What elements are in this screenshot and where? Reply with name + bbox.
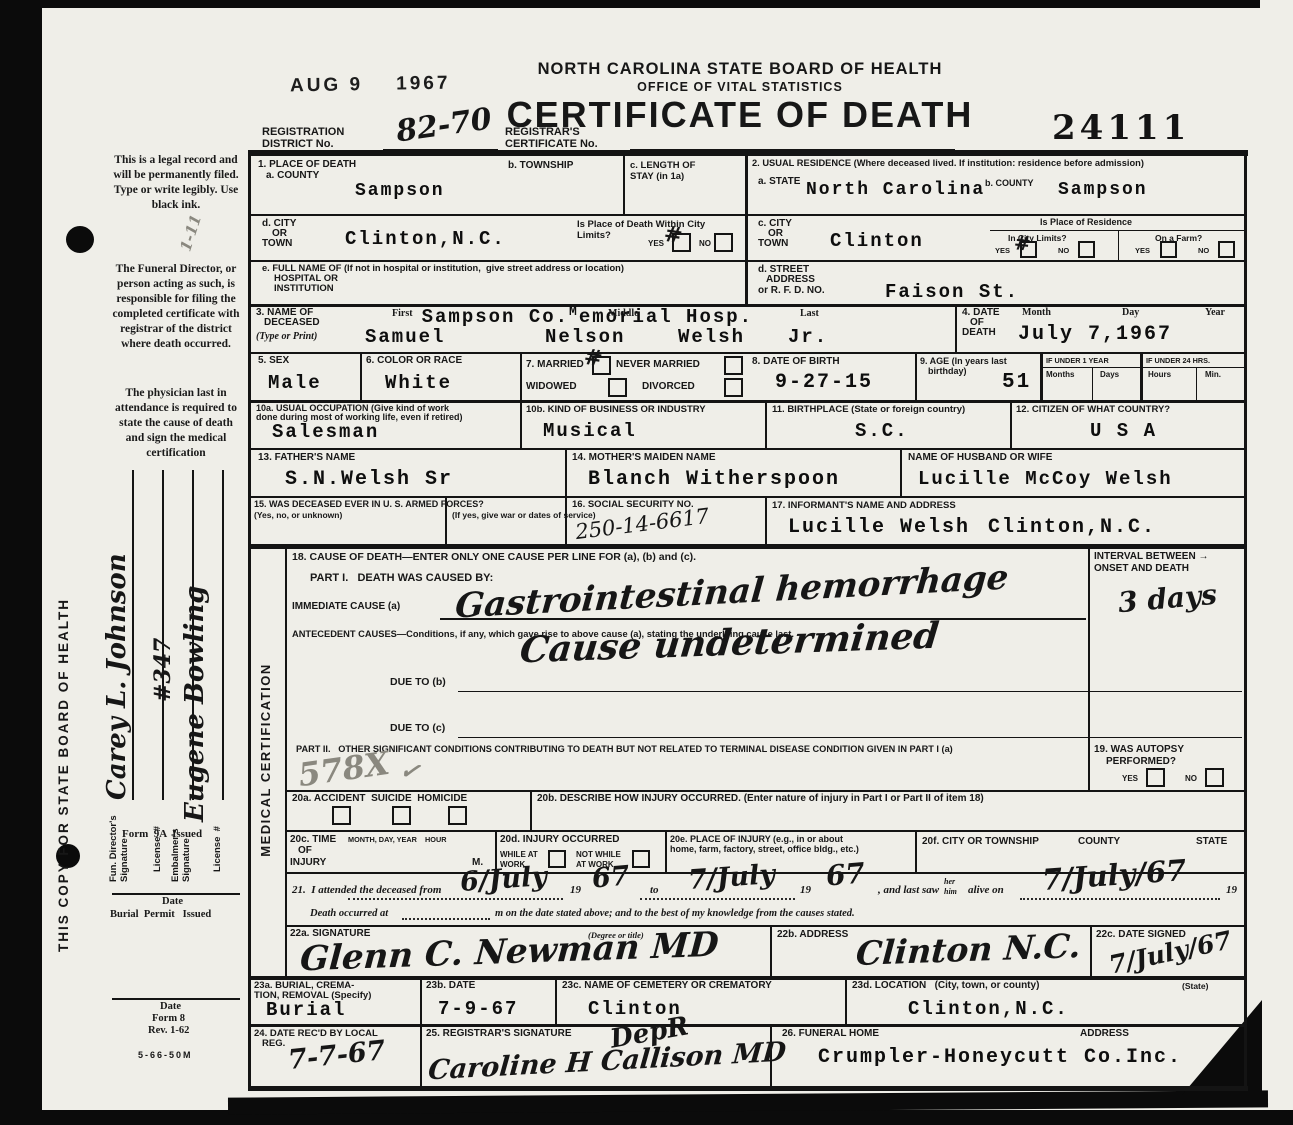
- license-number-label: License #: [212, 802, 223, 872]
- rule-line: [112, 998, 240, 1000]
- rule-line: [250, 496, 1245, 498]
- widowed-checkbox: [608, 378, 627, 397]
- residence-county-label: b. COUNTY: [985, 178, 1034, 188]
- cause-of-death-label: 18. CAUSE OF DEATH—ENTER ONLY ONE CAUSE …: [292, 551, 696, 563]
- rule-line: [420, 1024, 422, 1086]
- married-label: 7. MARRIED: [526, 359, 584, 370]
- office-heading: OFFICE OF VITAL STATISTICS: [460, 80, 1020, 94]
- street-address-label2: ADDRESS: [766, 274, 815, 285]
- place-of-injury-label: 20e. PLACE OF INJURY (e.g., in or about: [670, 834, 843, 844]
- first-name-value: Samuel: [365, 326, 445, 348]
- armed-forces-sub2: (If yes, give war or dates of service): [452, 510, 596, 520]
- day-label: Day: [1122, 307, 1139, 318]
- date-of-birth-label: 8. DATE OF BIRTH: [752, 356, 840, 367]
- usual-residence-label: 2. USUAL RESIDENCE (Where deceased lived…: [752, 158, 1144, 168]
- rule-line: [250, 448, 1245, 450]
- no-label: NO: [1198, 246, 1209, 255]
- hospital-name-label: e. FULL NAME OF (If not in hospital or i…: [262, 263, 624, 273]
- no-label: NO: [699, 239, 711, 248]
- state-value: North Carolina: [806, 180, 985, 200]
- rule-line: [900, 448, 902, 496]
- registrar-certificate-label: REGISTRAR'S: [505, 126, 580, 138]
- rule-line: [1040, 367, 1140, 368]
- rule-line: [915, 352, 917, 400]
- rule-line: [530, 790, 532, 830]
- months-label: Months: [1046, 370, 1074, 379]
- rule-line: [112, 893, 240, 895]
- age-value: 51: [1002, 371, 1031, 394]
- married-mark: #: [582, 344, 604, 372]
- received-date-stamp: AUG 9 1967: [290, 73, 451, 98]
- burial-location-label: 23d. LOCATION (City, town, or county): [852, 980, 1039, 991]
- part1-label: PART I. DEATH WAS CAUSED BY:: [310, 572, 493, 584]
- funeral-home-value: Crumpler-Honeycutt Co.Inc.: [818, 1046, 1182, 1069]
- injury-state-label: STATE: [1196, 836, 1227, 847]
- signature-address-label: 22b. ADDRESS: [777, 929, 848, 940]
- business-value: Musical: [543, 420, 637, 442]
- form-border: [248, 1086, 1248, 1091]
- printed-19c: 19: [1226, 884, 1237, 896]
- date-of-death-label3: DEATH: [962, 327, 996, 338]
- residence-city-value: Clinton: [830, 230, 924, 252]
- her-label: her: [944, 877, 955, 886]
- residence-farm-yes-checkbox: [1160, 241, 1177, 258]
- from-year-handwriting: 67: [591, 860, 631, 894]
- rule-line: [458, 691, 1242, 692]
- rule-line: [765, 400, 767, 448]
- rule-line: [520, 400, 522, 448]
- state-label: a. STATE: [758, 176, 800, 187]
- rule-line: [520, 352, 522, 400]
- rule-line: [285, 549, 287, 976]
- form-border: [1244, 150, 1247, 1090]
- time-of-injury-label3: INJURY: [290, 857, 326, 868]
- burial-date-value: 7-9-67: [438, 998, 518, 1020]
- hospital-name-label3: INSTITUTION: [274, 283, 334, 294]
- scan-edge-top: [0, 0, 1260, 8]
- rule-line: [1088, 549, 1090, 790]
- widowed-label: WIDOWED: [526, 381, 577, 392]
- margin-pencil-note: 1-11: [176, 212, 205, 253]
- rule-line: [402, 918, 490, 920]
- hospital-value-pre: Sampson Co.: [422, 306, 569, 328]
- rule-line: [285, 925, 1245, 927]
- rule-line: [665, 830, 667, 872]
- rule-line: [1010, 400, 1012, 448]
- informant-label: 17. INFORMANT'S NAME AND ADDRESS: [772, 500, 956, 511]
- length-of-stay-label: c. LENGTH OF: [630, 160, 695, 171]
- printed-19a: 19: [570, 884, 581, 896]
- hospital-value-post: emorial Hosp.: [579, 306, 753, 328]
- death-city-limits-question: Is Place of Death Within City: [577, 219, 705, 230]
- last-saw-text: , and last saw: [878, 884, 939, 896]
- rule-line: [770, 925, 772, 976]
- death-in-city-yes-mark: #: [662, 221, 684, 249]
- interval-label2: ONSET AND DEATH: [1094, 563, 1189, 574]
- rule-line: [440, 618, 1086, 620]
- while-at-work-label: WHILE AT: [500, 850, 538, 859]
- business-label: 10b. KIND OF BUSINESS OR INDUSTRY: [526, 404, 706, 415]
- scan-triangle-corner: [1182, 1000, 1262, 1095]
- citizen-value: U S A: [1090, 420, 1157, 442]
- death-in-city-no-checkbox: [714, 233, 733, 252]
- age-label2: birthday): [928, 366, 967, 376]
- due-to-c-label: DUE TO (c): [390, 722, 445, 734]
- him-label: him: [944, 887, 957, 896]
- form-border: [248, 150, 251, 1090]
- autopsy-no-checkbox: [1205, 768, 1224, 787]
- attended-from-handwriting: 6/July: [459, 861, 548, 898]
- to-word: to: [650, 884, 659, 896]
- printed-19b: 19: [800, 884, 811, 896]
- type-or-print-label: (Type or Print): [256, 331, 317, 342]
- registration-district-handwriting: 82-70: [394, 101, 494, 149]
- registration-district-label2: DISTRICT No.: [262, 138, 334, 150]
- divorced-checkbox: [724, 378, 743, 397]
- accident-checkbox: [332, 806, 351, 825]
- burial-value: Burial: [266, 999, 346, 1021]
- autopsy-label2: PERFORMED?: [1106, 756, 1176, 767]
- accident-suicide-homicide-label: 20a. ACCIDENT SUICIDE HOMICIDE: [292, 793, 467, 804]
- immediate-cause-label: IMMEDIATE CAUSE (a): [292, 601, 400, 612]
- copy-for-state-board-caption: THIS COPY FOR STATE BOARD OF HEALTH: [56, 377, 71, 952]
- rule-line: [348, 898, 563, 900]
- burial-date-label: 23b. DATE: [426, 980, 475, 991]
- length-of-stay-label2: STAY (in 1a): [630, 171, 684, 182]
- race-label: 6. COLOR OR RACE: [366, 355, 462, 366]
- time-of-injury-label: 20c. TIME: [290, 834, 336, 845]
- time-of-injury-sub: MONTH, DAY, YEAR HOUR: [348, 835, 447, 844]
- last-name-label: Last: [800, 308, 819, 319]
- month-label: Month: [1022, 307, 1051, 318]
- yes-label: YES: [1122, 774, 1138, 783]
- rule-line: [623, 156, 625, 214]
- form-9a-label: Form 9A Issued: [122, 828, 202, 840]
- form-border: [248, 150, 1248, 156]
- death-certificate-scan: THIS COPY FOR STATE BOARD OF HEALTH This…: [0, 0, 1293, 1125]
- township-label: b. TOWNSHIP: [508, 160, 573, 171]
- city-value: Clinton,N.C.: [345, 228, 506, 250]
- antecedent-handwriting: Cause undetermined: [518, 615, 941, 672]
- rule-line: [1090, 925, 1092, 976]
- margin-note-physician: The physician last in attendance is requ…: [110, 386, 242, 461]
- rule-line: [765, 496, 767, 544]
- rule-line: [915, 830, 917, 872]
- revision-label: Rev. 1-62: [148, 1025, 189, 1036]
- rule-line: [285, 830, 1245, 832]
- death-city-limits-question2: Limits?: [577, 230, 611, 241]
- date-label: Date: [162, 896, 183, 907]
- residence-city-label3: TOWN: [758, 238, 788, 249]
- injury-occurred-label: 20d. INJURY OCCURRED: [500, 834, 619, 845]
- if-under-1-year-label: IF UNDER 1 YEAR: [1046, 356, 1109, 365]
- never-married-checkbox: [724, 356, 743, 375]
- certificate-number: 24111: [1052, 108, 1190, 148]
- embalmer-signature-handwriting: Eugene Bowling: [180, 452, 210, 822]
- board-of-health-heading: NORTH CAROLINA STATE BOARD OF HEALTH: [460, 60, 1020, 79]
- autopsy-label: 19. WAS AUTOPSY: [1094, 744, 1184, 755]
- residence-question: Is Place of Residence: [1040, 217, 1132, 227]
- mothers-maiden-name-value: Blanch Witherspoon: [588, 468, 840, 491]
- residence-in-city-yes-mark: #: [1013, 230, 1032, 256]
- rule-line: [1092, 367, 1093, 400]
- death-occurred-text: Death occurred at: [310, 908, 388, 919]
- armed-forces-label: 15. WAS DECEASED EVER IN U. S. ARMED FOR…: [254, 499, 484, 509]
- registration-district-label: REGISTRATION: [262, 126, 344, 138]
- rule-line: [1020, 898, 1220, 900]
- not-while-at-work-label: NOT WHILE: [576, 850, 621, 859]
- citizen-label: 12. CITIZEN OF WHAT COUNTRY?: [1016, 404, 1170, 415]
- last-alive-handwriting: 7/July/67: [1041, 853, 1187, 897]
- days-label: Days: [1100, 370, 1119, 379]
- signature-rule: [132, 470, 134, 800]
- time-of-injury-label2: OF: [298, 845, 312, 856]
- rule-line: [955, 304, 957, 352]
- form-8-label: Form 8: [152, 1013, 185, 1024]
- min-label: Min.: [1205, 370, 1221, 379]
- birthplace-label: 11. BIRTHPLACE (State or foreign country…: [772, 404, 965, 415]
- while-at-work-checkbox: [548, 850, 566, 868]
- due-to-b-label: DUE TO (b): [390, 676, 446, 688]
- burial-location-value: Clinton,N.C.: [908, 998, 1069, 1020]
- street-address-value: Faison St.: [885, 281, 1019, 303]
- rule-line: [565, 448, 567, 496]
- yes-label: YES: [1135, 246, 1150, 255]
- rule-line: [250, 1024, 1245, 1027]
- date-label: Date: [160, 1001, 181, 1012]
- print-code: 5-66-50M: [138, 1050, 193, 1060]
- funeral-home-address-label: ADDRESS: [1080, 1028, 1129, 1039]
- scan-edge-bottom: [0, 1110, 1293, 1125]
- mothers-maiden-name-label: 14. MOTHER'S MAIDEN NAME: [572, 452, 716, 463]
- street-address-label3: or R. F. D. NO.: [758, 285, 825, 296]
- date-of-death-value: July 7,1967: [1018, 323, 1172, 346]
- rule-line: [1196, 367, 1197, 400]
- residence-in-city-no-checkbox: [1078, 241, 1095, 258]
- margin-note-legal-record: This is a legal record and will be perma…: [112, 153, 240, 213]
- funeral-home-label: 26. FUNERAL HOME: [782, 1028, 879, 1039]
- middle-name-label: Middle: [608, 308, 639, 319]
- rule-line: [420, 976, 422, 1024]
- hours-label: Hours: [1148, 370, 1171, 379]
- registrar-certificate-label2: CERTIFICATE No.: [505, 138, 598, 150]
- rule-line: [640, 898, 795, 900]
- rule-line: [1140, 367, 1245, 368]
- county-value: Sampson: [355, 181, 445, 201]
- physician-address-handwriting: Clinton N.C.: [855, 926, 1082, 973]
- medical-certification-vertical-label: MEDICAL CERTIFICATION: [258, 548, 273, 972]
- cemetery-label: 23c. NAME OF CEMETERY OR CREMATORY: [562, 980, 772, 991]
- registrar-signature-label: 25. REGISTRAR'S SIGNATURE: [426, 1028, 572, 1039]
- burial-permit-label: Burial Permit Issued: [110, 909, 211, 920]
- informant-address-value: Clinton,N.C.: [988, 516, 1156, 539]
- injury-city-label: 20f. CITY OR TOWNSHIP: [922, 836, 1039, 847]
- spouse-value: Lucille McCoy Welsh: [918, 468, 1173, 490]
- rule-line: [285, 790, 1245, 792]
- rule-line: [1118, 230, 1119, 260]
- birthplace-value: S.C.: [855, 420, 909, 442]
- rule-line: [250, 352, 1245, 354]
- registrar-signature-handwriting: Caroline H Callison MD: [427, 1037, 787, 1087]
- part2-pencil-check: ✓: [398, 754, 423, 786]
- rule-line: [250, 544, 1245, 549]
- date-received-handwriting: 7-7-67: [287, 1035, 387, 1076]
- county-label: a. COUNTY: [266, 170, 319, 181]
- signature-rule: [222, 470, 224, 800]
- interval-handwriting: 3 days: [1117, 578, 1218, 620]
- fathers-name-label: 13. FATHER'S NAME: [258, 452, 355, 463]
- no-label: NO: [1185, 774, 1197, 783]
- residence-county-value: Sampson: [1058, 180, 1148, 200]
- no-label: NO: [1058, 246, 1069, 255]
- rule-line: [1040, 352, 1043, 400]
- never-married-label: NEVER MARRIED: [616, 359, 700, 370]
- sex-value: Male: [268, 372, 322, 394]
- date-received-label2: REG.: [262, 1038, 285, 1049]
- not-while-at-work-checkbox: [632, 850, 650, 868]
- death-occurred-rest: m on the date stated above; and to the b…: [495, 908, 855, 919]
- attended-to-handwriting: 7/July: [687, 859, 776, 896]
- informant-name-value: Lucille Welsh: [788, 516, 970, 539]
- suffix-value: Jr.: [788, 326, 828, 348]
- attended-prefix: 21. I attended the deceased from: [292, 884, 441, 896]
- residence-farm-no-checkbox: [1218, 241, 1235, 258]
- rule-line: [458, 737, 1242, 738]
- scan-edge-left: [0, 0, 42, 1125]
- divorced-label: DIVORCED: [642, 381, 695, 392]
- alive-on-text: alive on: [968, 884, 1004, 896]
- place-of-injury-label2: home, farm, factory, street, office bldg…: [670, 844, 859, 854]
- year-label: Year: [1205, 307, 1225, 318]
- rule-line: [1140, 352, 1143, 400]
- yes-label: YES: [995, 246, 1010, 255]
- rule-line: [845, 976, 847, 1024]
- armed-forces-sub1: (Yes, no, or unknown): [254, 510, 342, 520]
- suicide-checkbox: [392, 806, 411, 825]
- state-sub-label: (State): [1182, 981, 1208, 991]
- name-of-deceased-label2: DECEASED: [264, 317, 320, 328]
- date-of-birth-value: 9-27-15: [775, 371, 873, 394]
- autopsy-yes-checkbox: [1146, 768, 1165, 787]
- funeral-director-license-handwriting: #347: [150, 582, 176, 702]
- age-label: 9. AGE (In years last: [920, 356, 1007, 366]
- funeral-director-signature-handwriting: Carey L. Johnson: [102, 480, 132, 800]
- city-label3: TOWN: [262, 238, 292, 249]
- sex-label: 5. SEX: [258, 355, 289, 366]
- hospital-value-sup: M: [569, 304, 579, 319]
- margin-note-funeral-director: The Funeral Director, or person acting a…: [110, 262, 242, 352]
- part2-label: PART II. OTHER SIGNIFICANT CONDITIONS CO…: [296, 744, 953, 754]
- hole-punch-top: [66, 226, 94, 253]
- describe-injury-label: 20b. DESCRIBE HOW INJURY OCCURRED. (Ente…: [537, 793, 984, 804]
- to-year-handwriting: 67: [825, 856, 867, 892]
- homicide-checkbox: [448, 806, 467, 825]
- fathers-name-value: S.N.Welsh Sr: [285, 468, 453, 491]
- rule-line: [360, 352, 362, 400]
- last-name-value: Welsh: [678, 326, 745, 348]
- place-of-death-label: 1. PLACE OF DEATH: [258, 159, 356, 170]
- interval-label: INTERVAL BETWEEN →: [1094, 551, 1208, 562]
- occupation-value: Salesman: [272, 421, 379, 443]
- injury-county-label: COUNTY: [1078, 836, 1120, 847]
- if-under-24-hrs-label: IF UNDER 24 HRS.: [1146, 356, 1210, 365]
- race-value: White: [385, 372, 452, 394]
- first-name-label: First: [392, 308, 413, 319]
- rule-line: [565, 496, 567, 544]
- rule-line: [555, 976, 557, 1024]
- spouse-label: NAME OF HUSBAND OR WIFE: [908, 452, 1052, 463]
